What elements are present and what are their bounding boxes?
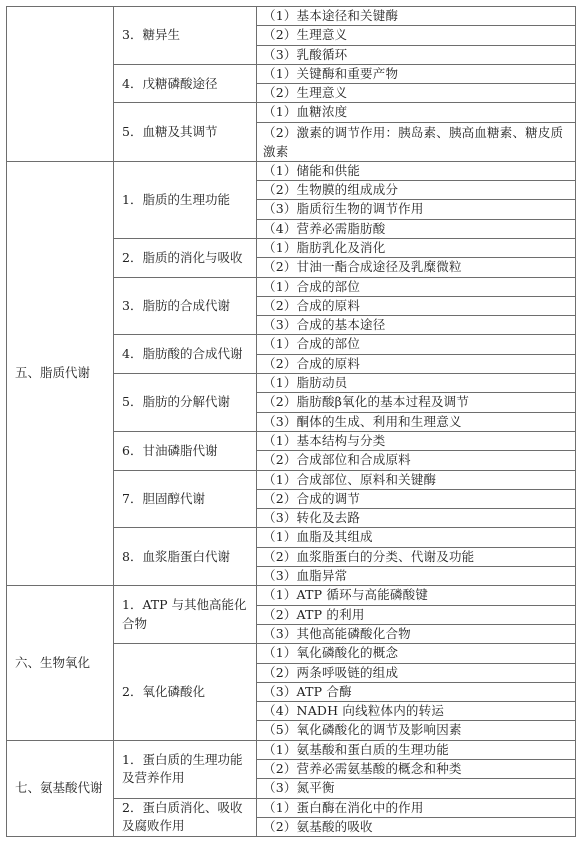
point-cell: （3）转化及去路 (257, 509, 576, 528)
point-cell: （1）合成的部位 (257, 335, 576, 354)
point-cell: （3）ATP 合酶 (257, 682, 576, 701)
point-cell: （4）营养必需脂肪酸 (257, 219, 576, 238)
point-cell: （2）两条呼吸链的组成 (257, 663, 576, 682)
point-cell: （1）合成的部位 (257, 277, 576, 296)
point-cell: （2）合成部位和合成原料 (257, 451, 576, 470)
point-cell: （2）血浆脂蛋白的分类、代谢及功能 (257, 547, 576, 566)
point-cell: （3）乳酸循环 (257, 45, 576, 64)
point-cell: （3）合成的基本途径 (257, 316, 576, 335)
point-cell: （3）其他高能磷酸化合物 (257, 624, 576, 643)
point-cell: （1）ATP 循环与高能磷酸键 (257, 586, 576, 605)
chapter-cell: 六、生物氧化 (7, 586, 114, 740)
point-cell: （2）合成的原料 (257, 296, 576, 315)
topic-cell: 2．脂质的消化与吸收 (114, 238, 257, 277)
point-cell: （3）酮体的生成、利用和生理意义 (257, 412, 576, 431)
topic-cell: 5．血糖及其调节 (114, 103, 257, 161)
topic-cell: 8．血浆脂蛋白代谢 (114, 528, 257, 586)
syllabus-table-body: 3．糖异生 （1）基本途径和关键酶 （2）生理意义 （3）乳酸循环 4．戊糖磷酸… (7, 7, 576, 837)
topic-cell: 5．脂肪的分解代谢 (114, 374, 257, 432)
point-cell: （1）储能和供能 (257, 161, 576, 180)
point-cell: （2）ATP 的利用 (257, 605, 576, 624)
point-cell: （1）脂肪动员 (257, 374, 576, 393)
point-cell: （1）关键酶和重要产物 (257, 64, 576, 83)
point-cell: （3）脂质衍生物的调节作用 (257, 200, 576, 219)
point-cell: （2）合成的调节 (257, 489, 576, 508)
topic-cell: 2．氧化磷酸化 (114, 644, 257, 740)
topic-cell: 4．戊糖磷酸途径 (114, 64, 257, 103)
topic-cell: 1．脂质的生理功能 (114, 161, 257, 238)
topic-cell: 1．蛋白质的生理功能及营养作用 (114, 740, 257, 798)
topic-cell: 6．甘油磷脂代谢 (114, 431, 257, 470)
topic-cell: 2．蛋白质消化、吸收及腐败作用 (114, 798, 257, 837)
point-cell: （3）血脂异常 (257, 567, 576, 586)
point-cell: （1）血糖浓度 (257, 103, 576, 122)
topic-cell: 4．脂肪酸的合成代谢 (114, 335, 257, 374)
point-cell: （2）甘油一酯合成途径及乳糜微粒 (257, 258, 576, 277)
point-cell: （4）NADH 向线粒体内的转运 (257, 702, 576, 721)
topic-cell: 1．ATP 与其他高能化合物 (114, 586, 257, 644)
syllabus-table: 3．糖异生 （1）基本途径和关键酶 （2）生理意义 （3）乳酸循环 4．戊糖磷酸… (6, 6, 576, 837)
point-cell: （2）生理意义 (257, 84, 576, 103)
chapter-cell: 七、氨基酸代谢 (7, 740, 114, 836)
point-cell: （2）生物膜的组成成分 (257, 181, 576, 200)
point-cell: （2）营养必需氨基酸的概念和种类 (257, 759, 576, 778)
point-cell: （2）激素的调节作用：胰岛素、胰高血糖素、糖皮质激素 (257, 122, 576, 161)
topic-cell: 7．胆固醇代谢 (114, 470, 257, 528)
point-cell: （3）氮平衡 (257, 779, 576, 798)
point-cell: （1）基本结构与分类 (257, 431, 576, 450)
point-cell: （2）氨基酸的吸收 (257, 817, 576, 836)
chapter-cell (7, 7, 114, 162)
point-cell: （2）脂肪酸β氧化的基本过程及调节 (257, 393, 576, 412)
point-cell: （1）氨基酸和蛋白质的生理功能 (257, 740, 576, 759)
point-cell: （5）氧化磷酸化的调节及影响因素 (257, 721, 576, 740)
topic-cell: 3．脂肪的合成代谢 (114, 277, 257, 335)
chapter-cell: 五、脂质代谢 (7, 161, 114, 586)
point-cell: （1）氧化磷酸化的概念 (257, 644, 576, 663)
point-cell: （1）脂肪乳化及消化 (257, 238, 576, 257)
point-cell: （2）生理意义 (257, 26, 576, 45)
point-cell: （1）合成部位、原料和关键酶 (257, 470, 576, 489)
topic-cell: 3．糖异生 (114, 7, 257, 65)
point-cell: （2）合成的原料 (257, 354, 576, 373)
point-cell: （1）蛋白酶在消化中的作用 (257, 798, 576, 817)
point-cell: （1）基本途径和关键酶 (257, 7, 576, 26)
point-cell: （1）血脂及其组成 (257, 528, 576, 547)
